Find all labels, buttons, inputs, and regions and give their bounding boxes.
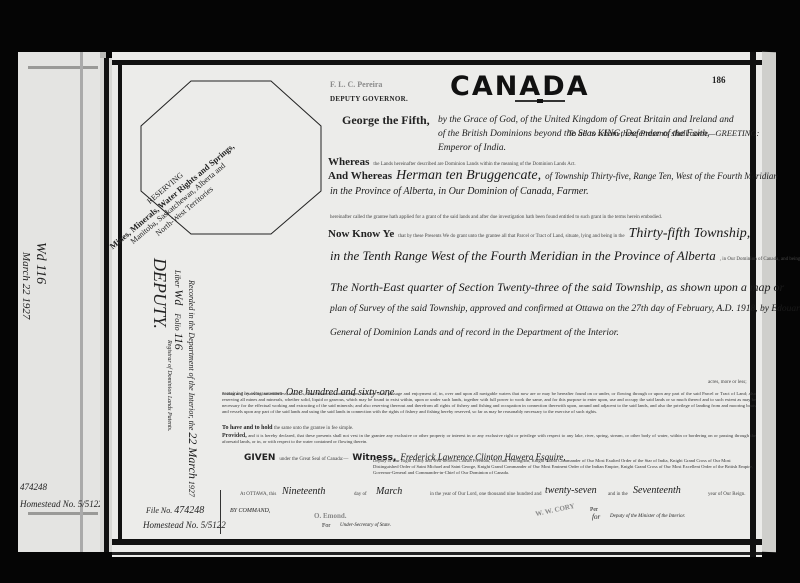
grantee-description-2: in the Province of Alberta, in Our Domin… bbox=[330, 186, 589, 197]
recording-liber-folio: Liber Wd Folio 116 bbox=[171, 270, 186, 350]
homestead-number: Homestead No. 5/5122 bbox=[143, 520, 226, 530]
and-whereas-clause: And Whereas Herman ten Bruggencate, of T… bbox=[328, 166, 778, 184]
to-have-label: To have and to hold bbox=[222, 425, 272, 431]
page-number: 186 bbox=[712, 75, 726, 85]
file-number: File No. 474248 bbox=[146, 505, 204, 516]
page-right-edge bbox=[762, 52, 776, 552]
deputy-minister-title: Deputy of the Minister of the Interior. bbox=[610, 514, 685, 519]
dated-day: Nineteenth bbox=[282, 486, 325, 497]
township: Thirty-fifth Township, bbox=[629, 226, 751, 241]
border-left bbox=[118, 60, 122, 545]
by-command: BY COMMAND, bbox=[230, 508, 270, 514]
greeting: To all to whom these Presents shall come… bbox=[568, 128, 759, 138]
homestead-label: Homestead No. bbox=[143, 520, 199, 530]
range-suffix: , in Our Dominion of Canada, and being c… bbox=[720, 257, 800, 262]
under-secretary-stamp: O. Emond. bbox=[314, 512, 346, 520]
dated-month: March bbox=[376, 486, 402, 497]
range-line: in the Tenth Range West of the Fourth Me… bbox=[330, 247, 800, 265]
parcel-line-2: plan of Survey of the said Township, app… bbox=[330, 304, 800, 314]
recording-the: the bbox=[187, 421, 196, 431]
homestead-value: 5/5122 bbox=[201, 520, 226, 530]
counterfoil-stub: Wd 116 March 22 1927 474248 Homestead No… bbox=[18, 52, 106, 552]
and-whereas-label: And Whereas bbox=[328, 170, 392, 182]
deputy-governor-stamp: F. L. C. Pereira bbox=[330, 80, 382, 89]
provided-text: and it is hereby declared, that these pr… bbox=[222, 433, 756, 444]
stub-homestead-number: Homestead No. 5/5122 bbox=[20, 499, 103, 509]
parcel-line-3: General of Dominion Lands and of record … bbox=[330, 328, 619, 338]
recording-text: Recorded in the Department of the Interi… bbox=[185, 280, 200, 497]
now-know-ye-label: Now Know Ye bbox=[328, 228, 394, 240]
dated-reign-suffix: year of Our Reign. bbox=[708, 492, 746, 497]
liber-value: Wd bbox=[172, 289, 186, 305]
registrar-title: Registrar of Dominion Lands Patents. bbox=[166, 340, 172, 432]
dated-reign-prefix: and in the bbox=[608, 492, 628, 497]
deputy-minister-for: for bbox=[592, 513, 600, 521]
deputy-governor-titles: Deputy of Our Right Trusty and Well-belo… bbox=[373, 458, 756, 476]
recording-date: 22 March bbox=[186, 432, 200, 479]
stub-signature: Wd 116 bbox=[32, 242, 48, 284]
stub-date: March 22 1927 bbox=[20, 252, 32, 319]
now-know-ye-clause: Now Know Ye that by these Presents We do… bbox=[328, 224, 750, 242]
registrar-signature: DEPUTY. bbox=[149, 258, 170, 329]
stub-fold-line bbox=[80, 52, 83, 552]
under-secretary-title: Under-Secretary of State. bbox=[340, 523, 391, 528]
recording-label: Recorded in the Department of the Interi… bbox=[187, 280, 196, 419]
stub-stripe bbox=[28, 512, 98, 515]
dated-day-of: day of bbox=[354, 492, 367, 497]
dated-year: twenty-seven bbox=[545, 485, 597, 496]
dated-reign: Seventeenth bbox=[633, 485, 681, 496]
file-label: File No. bbox=[146, 506, 172, 515]
dated-prefix: At OTTAWA, this bbox=[240, 492, 276, 497]
king-name: George the Fifth, bbox=[342, 113, 430, 128]
parcel-line-1: The North-East quarter of Section Twenty… bbox=[330, 280, 784, 295]
now-know-ye-text: that by these Presents We do grant unto … bbox=[398, 234, 624, 239]
border-bottom bbox=[112, 539, 762, 545]
provided-clause: Provided, and it is hereby declared, tha… bbox=[222, 433, 756, 445]
given-label: GIVEN bbox=[244, 453, 275, 463]
stub-file-number: 474248 bbox=[20, 482, 47, 492]
folio-value: 116 bbox=[172, 333, 186, 350]
deputy-governor-title: DEPUTY GOVERNOR. bbox=[330, 95, 408, 103]
under-secretary-for: For bbox=[322, 523, 330, 529]
stub-stripe bbox=[28, 66, 98, 69]
to-have-text: the same unto the grantee in fee simple. bbox=[274, 426, 353, 431]
title-ornament bbox=[515, 100, 565, 102]
liber-label: Liber bbox=[173, 270, 182, 287]
saving-clause: Saving and reserving, nevertheless, unto… bbox=[222, 391, 756, 415]
folio-label: Folio bbox=[173, 313, 182, 330]
border-top bbox=[112, 60, 762, 65]
grantee-description-1: of Township Thirty-five, Range Ten, West… bbox=[545, 171, 778, 181]
acreage-suffix: acres, more or less; bbox=[708, 380, 747, 385]
document-title: CANADA bbox=[450, 71, 590, 102]
dated-year-prefix: in the year of Our Lord, one thousand ni… bbox=[430, 492, 542, 497]
file-bracket bbox=[217, 490, 221, 534]
to-have-clause: To have and to hold the same unto the gr… bbox=[222, 425, 353, 431]
range-meridian: in the Tenth Range West of the Fourth Me… bbox=[330, 248, 716, 263]
border-bottom-thin bbox=[112, 552, 762, 555]
hereinafter-text: hereinafter called the grantee hath appl… bbox=[330, 215, 662, 220]
grantee-name: Herman ten Bruggencate, bbox=[396, 168, 541, 183]
given-text: under the Great Seal of Canada:— bbox=[279, 457, 348, 462]
file-value: 474248 bbox=[174, 505, 204, 516]
recording-year: 1927 bbox=[187, 481, 196, 497]
